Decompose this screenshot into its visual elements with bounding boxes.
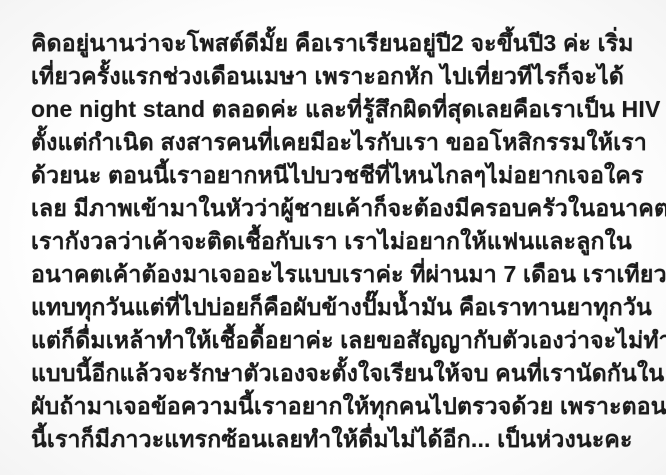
post-text-line: ผับถ้ามาเจอข้อความนี้เราอยากให้ทุกคนไปตร…	[31, 390, 638, 423]
post-text-line: เลย มีภาพเข้ามาในหัวว่าผู้ชายเค้าก็จะต้อ…	[31, 192, 638, 225]
post-text-line: คิดอยู่นานว่าจะโพสต์ดีมั้ย คือเราเรียนอย…	[31, 27, 638, 60]
post-text-block: คิดอยู่นานว่าจะโพสต์ดีมั้ย คือเราเรียนอย…	[31, 27, 638, 456]
post-text-line: ตั้งแต่กำเนิด สงสารคนที่เคยมีอะไรกับเรา …	[31, 126, 638, 159]
post-text-line: อนาคตเค้าต้องมาเจออะไรแบบเราค่ะ ที่ผ่านม…	[31, 258, 638, 291]
post-text-line: เที่ยวครั้งแรกช่วงเดือนเมษา เพราะอกหัก ไ…	[31, 60, 638, 93]
post-text-line: แทบทุกวันแต่ที่ไปบ่อยก็คือผับข้างปั๊มน้ำ…	[31, 291, 638, 324]
post-text-line: แต่ก็ดื่มเหล้าทำให้เชื้อดื้อยาค่ะ เลยขอส…	[31, 324, 638, 357]
post-text-line: เรากังวลว่าเค้าจะติดเชื้อกับเรา เราไม่อย…	[31, 225, 638, 258]
post-text-line: ด้วยนะ ตอนนี้เราอยากหนีไปบวชชีที่ไหนไกลๆ…	[31, 159, 638, 192]
post-text-line: one night stand ตลอดค่ะ และที่รู้สึกผิดท…	[31, 93, 638, 126]
post-screenshot: คิดอยู่นานว่าจะโพสต์ดีมั้ย คือเราเรียนอย…	[0, 0, 666, 475]
post-text-line: แบบนี้อีกแล้วจะรักษาตัวเองจะตั้งใจเรียนใ…	[31, 357, 638, 390]
post-text-line: นี้เราก็มีภาวะแทรกซ้อนเลยทำให้ดื่มไม่ได้…	[31, 423, 638, 456]
